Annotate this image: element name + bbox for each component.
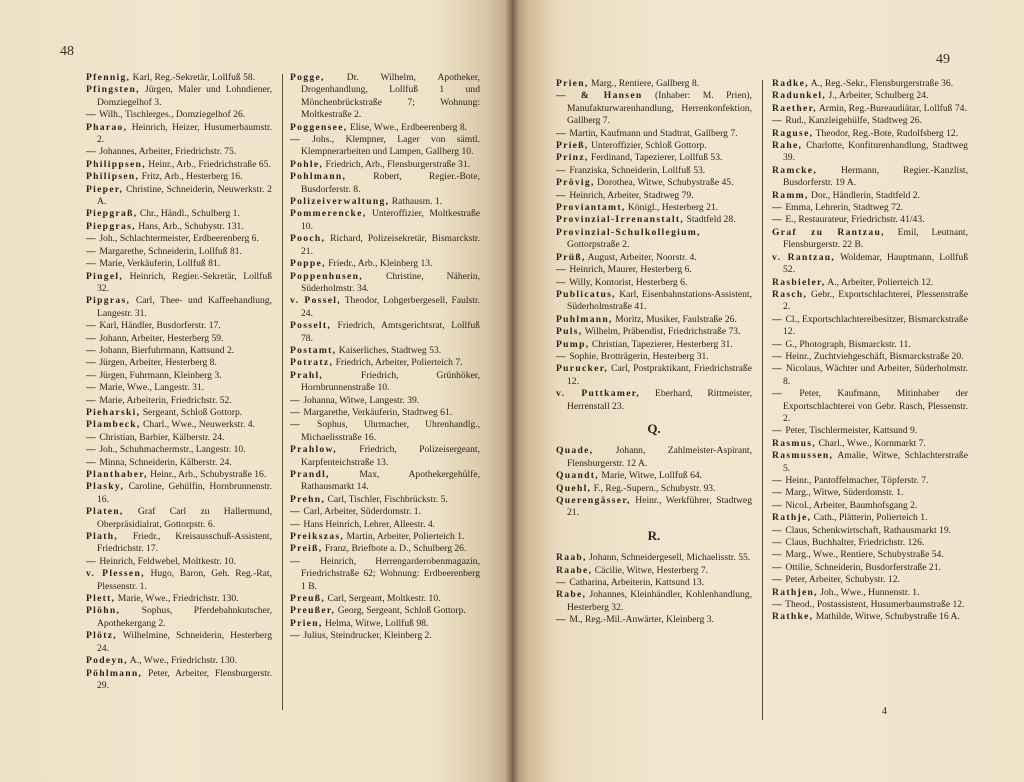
entry-details: Kaiserliches, Stadtweg 53.: [339, 345, 441, 356]
entry-details: Dorothea, Witwe, Schubystraße 45.: [597, 177, 733, 188]
entry-name: Pieper,: [86, 184, 123, 195]
directory-entry: Pingel, Heinrich, Regier.-Sekretär, Loll…: [86, 271, 272, 296]
entry-name: —: [772, 537, 783, 548]
directory-entry: — Joh., Schuhmachermstr., Langestr. 10.: [86, 444, 272, 456]
entry-name: Rasmussen,: [772, 450, 833, 461]
entry-details: Dr. Wilhelm, Apotheker, Drogenhandlung, …: [301, 72, 480, 120]
entry-details: Caroline, Gehülfin, Hornbrunnenstr. 16.: [97, 481, 272, 504]
entry-details: Marie, Verkäuferin, Lollfuß 81.: [99, 258, 220, 269]
directory-entry: — Cl., Exportschlachtereibesitzer, Bisma…: [772, 314, 968, 339]
entry-name: Rathje,: [772, 512, 811, 523]
entry-details: Wilhelmine, Schneiderin, Hesterberg 24.: [97, 630, 272, 653]
entry-name: —: [772, 314, 783, 325]
entry-name: Platen,: [86, 506, 124, 517]
entry-details: Fritz, Arb., Hesterberg 16.: [142, 171, 243, 182]
directory-entry: Prandl, Max, Apothekergehülfe, Rathausma…: [290, 469, 480, 494]
entry-details: Marie, Witwe, Lollfuß 64.: [601, 470, 702, 481]
entry-name: Plett,: [86, 593, 115, 604]
section-heading-q: Q.: [556, 423, 752, 435]
directory-entry: Provinzial-Schulkollegium, Gottorpstraße…: [556, 227, 752, 252]
entry-name: Pfennig,: [86, 72, 130, 83]
directory-entry: Quade, Johann, Zahlmeister-Aspirant, Fle…: [556, 445, 752, 470]
entry-details: Johannes, Kleinhändler, Kohlenhandlung, …: [567, 589, 752, 612]
directory-entry: Preußer, Georg, Sergeant, Schloß Gottorp…: [290, 605, 480, 617]
entry-details: Friedrich, Arbeiter, Polierteich 7.: [336, 357, 463, 368]
entry-name: Provinzial-Schulkollegium,: [556, 227, 701, 238]
directory-entry: Polizeiverwaltung, Rathausm. 1.: [290, 196, 480, 208]
entry-name: Querengässer,: [556, 495, 631, 506]
directory-entry: — Julius, Steindrucker, Kleinberg 2.: [290, 630, 480, 642]
entry-name: Prien,: [290, 618, 323, 629]
entry-details: Wilh., Tischlerges., Domziegelhof 26.: [99, 109, 245, 120]
directory-entry: Puls, Wilhelm, Präbendist, Friedrichstra…: [556, 326, 752, 338]
entry-details: Ottilie, Schneiderin, Busdorferstraße 21…: [785, 562, 941, 573]
entry-details: Heinrich, Feldwebel, Moltkestr. 10.: [99, 556, 236, 567]
entry-details: Johs., Klempner, Lager von sämtl. Klempn…: [301, 134, 480, 157]
directory-entry: Ramm, Dor., Händlerin, Stadtfeld 2.: [772, 190, 968, 202]
entry-name: —: [86, 146, 97, 157]
entry-name: Preußer,: [290, 605, 335, 616]
entry-name: Prahl,: [290, 370, 323, 381]
entry-name: Poggensee,: [290, 122, 348, 133]
entry-details: Johann, Schneidergesell, Michaelisstr. 5…: [589, 552, 750, 563]
directory-entry: — Jürgen, Fuhrmann, Kleinberg 3.: [86, 370, 272, 382]
directory-entry: — Peter, Tischlermeister, Kattsund 9.: [772, 425, 968, 437]
directory-entry: — Peter, Arbeiter, Schubystr. 12.: [772, 574, 968, 586]
directory-entry: — Marg., Witwe, Süderdomstr. 1.: [772, 487, 968, 499]
entry-name: Rasch,: [772, 289, 807, 300]
directory-entry: Pohlmann, Robert, Regier.-Bote, Busdorfe…: [290, 171, 480, 196]
entry-details: Heinrich, Herrengarderobenmagazin, Fried…: [301, 556, 480, 592]
entry-name: —: [772, 214, 783, 225]
entry-details: Catharina, Arbeiterin, Kattsund 13.: [569, 577, 704, 588]
entry-details: Dor., Händlerin, Stadtfeld 2.: [811, 190, 920, 201]
directory-entry: Pogge, Dr. Wilhelm, Apotheker, Drogenhan…: [290, 72, 480, 122]
entry-details: Theodor, Reg.-Bote, Rudolfsberg 12.: [816, 128, 959, 139]
entry-details: Theod., Postassistent, Husumerbaumstraße…: [785, 599, 964, 610]
entry-details: A., Arbeiter, Polierteich 12.: [827, 277, 933, 288]
entry-details: Ferdinand, Tapezierer, Lollfuß 53.: [591, 152, 722, 163]
directory-entry: Preuß, Carl, Sergeant, Moltkestr. 10.: [290, 593, 480, 605]
directory-entry: — Marie, Arbeiterin, Friedrichstr. 52.: [86, 395, 272, 407]
directory-entry: Rasmussen, Amalie, Witwe, Schlachterstra…: [772, 450, 968, 475]
directory-entry: Rasch, Gebr., Exportschlachterei, Plesse…: [772, 289, 968, 314]
entry-details: Julius, Steindrucker, Kleinberg 2.: [303, 630, 431, 641]
entry-name: v. Plessen,: [86, 568, 145, 579]
directory-entry: Prinz, Ferdinand, Tapezierer, Lollfuß 53…: [556, 152, 752, 164]
entry-name: Pieharski,: [86, 407, 140, 418]
entry-details: Friedrich, Arb., Flensburgerstraße 31.: [326, 159, 471, 170]
directory-entry: Raab, Johann, Schneidergesell, Michaelis…: [556, 552, 752, 564]
entry-name: —: [86, 357, 97, 368]
entry-name: Plötz,: [86, 630, 117, 641]
directory-entry: v. Rantzau, Woldemar, Hauptmann, Lollfuß…: [772, 252, 968, 277]
directory-entry: Pieper, Christine, Schneiderin, Neuwerks…: [86, 184, 272, 209]
directory-entry: Philippsen, Heinr., Arb., Friedrichstraß…: [86, 159, 272, 171]
directory-entry: — Johanna, Witwe, Langestr. 39.: [290, 395, 480, 407]
entry-name: —: [86, 109, 97, 120]
directory-entry: Piepgras, Hans, Arb., Schubystr. 131.: [86, 221, 272, 233]
directory-entry: Prien, Marg., Rentiere, Gallberg 8.: [556, 78, 752, 90]
directory-entry: — Theod., Postassistent, Husumerbaumstra…: [772, 599, 968, 611]
directory-entry: — Nicol., Arbeiter, Baumhofsgang 2.: [772, 500, 968, 512]
entry-details: Cäcilie, Witwe, Hesterberg 7.: [595, 565, 708, 576]
entry-name: Provinzial-Irrenanstalt,: [556, 214, 684, 225]
directory-entry: — Martin, Kaufmann und Stadtrat, Gallber…: [556, 128, 752, 140]
entry-details: Gebr., Exportschlachterei, Plessenstraße…: [783, 289, 968, 312]
entry-details: A., Wwe., Friedrichstr. 130.: [130, 655, 237, 666]
entry-name: Prüß,: [556, 252, 586, 263]
entry-name: Pump,: [556, 339, 589, 350]
entry-details: Willy, Kontorist, Hesterberg 6.: [569, 277, 687, 288]
entry-name: —: [86, 320, 97, 331]
directory-entry: — Karl, Händler, Busdorferstr. 17.: [86, 320, 272, 332]
entry-name: Poppe,: [290, 258, 326, 269]
entry-details: Helma, Witwe, Lollfuß 98.: [325, 618, 428, 629]
directory-entry: Prehn, Carl, Tischler, Fischbrückstr. 5.: [290, 494, 480, 506]
directory-entry: Preiß, Franz, Briefbote a. D., Schulberg…: [290, 543, 480, 555]
directory-entry: Plath, Friedr., Kreisausschuß-Assistent,…: [86, 531, 272, 556]
entry-name: Polizeiverwaltung,: [290, 196, 389, 207]
entry-name: Quade,: [556, 445, 593, 456]
entry-name: —: [556, 351, 567, 362]
directory-entry: Ramcke, Hermann, Regier.-Kanzlist, Busdo…: [772, 165, 968, 190]
entry-details: Johannes, Arbeiter, Friedrichstr. 75.: [99, 146, 236, 157]
entry-details: Christian, Barbier, Kälberstr. 24.: [99, 432, 224, 443]
entry-details: Franz, Briefbote a. D., Schulberg 26.: [325, 543, 467, 554]
directory-entry: — Rud., Kanzleigehülfe, Stadtweg 26.: [772, 115, 968, 127]
entry-details: Königl., Hesterberg 21.: [628, 202, 718, 213]
entry-name: —: [772, 425, 783, 436]
entry-name: Plasky,: [86, 481, 124, 492]
entry-name: Ramcke,: [772, 165, 817, 176]
directory-entry: Raabe, Cäcilie, Witwe, Hesterberg 7.: [556, 565, 752, 577]
directory-entry: — Heinr., Zuchtviehgeschäft, Bismarckstr…: [772, 351, 968, 363]
directory-entry: Rahe, Charlotte, Konfiturenhandlung, Sta…: [772, 140, 968, 165]
directory-entry: Planthaber, Heinr., Arb., Schubystraße 1…: [86, 469, 272, 481]
entry-details: Joh., Schlachtermeister, Erdbeerenberg 6…: [99, 233, 259, 244]
directory-entry: Piepgraß, Chr., Händl., Schulberg 1.: [86, 208, 272, 220]
entry-details: Heinrich, Maurer, Hesterberg 6.: [569, 264, 692, 275]
directory-entry: v. Possel, Theodor, Lohgerbergesell, Fau…: [290, 295, 480, 320]
entry-name: —: [556, 165, 567, 176]
directory-entry: — Wilh., Tischlerges., Domziegelhof 26.: [86, 109, 272, 121]
entry-name: —: [86, 556, 97, 567]
entry-name: Pfingsten,: [86, 84, 140, 95]
entry-name: —: [556, 190, 567, 201]
directory-entry: — Heinrich, Feldwebel, Moltkestr. 10.: [86, 556, 272, 568]
directory-entry: — Margarethe, Verkäuferin, Stadtweg 61.: [290, 407, 480, 419]
entry-details: Marie, Arbeiterin, Friedrichstr. 52.: [99, 395, 231, 406]
directory-entry: Pipgras, Carl, Thee- und Kaffeehandlung,…: [86, 295, 272, 320]
directory-entry: Plett, Marie, Wwe., Friedrichstr. 130.: [86, 593, 272, 605]
directory-entry: Prahl, Friedrich, Grünhöker, Hornbrunnen…: [290, 370, 480, 395]
entry-details: Sophus, Uhrmacher, Uhrenhandlg., Michael…: [301, 419, 480, 442]
directory-entry: — Heinrich, Herrengarderobenmagazin, Fri…: [290, 556, 480, 593]
entry-name: —: [290, 395, 301, 406]
entry-name: Prieß,: [556, 140, 589, 151]
entry-name: —: [772, 574, 783, 585]
directory-entry: — Jürgen, Arbeiter, Hesterberg 8.: [86, 357, 272, 369]
directory-entry: Rasmus, Charl., Wwe., Kornmarkt 7.: [772, 438, 968, 450]
entry-name: Plath,: [86, 531, 118, 542]
entry-details: Moritz, Musiker, Faulstraße 26.: [615, 314, 737, 325]
entry-details: Chr., Händl., Schulberg 1.: [140, 208, 240, 219]
entry-details: Franziska, Schneiderin, Lollfuß 53.: [569, 165, 705, 176]
entry-details: Martin, Kaufmann und Stadtrat, Gallberg …: [569, 128, 737, 139]
page-number-left: 48: [60, 44, 74, 60]
directory-entry: — Hans Heinrich, Lehrer, Alleestr. 4.: [290, 519, 480, 531]
directory-entry: — Joh., Schlachtermeister, Erdbeerenberg…: [86, 233, 272, 245]
entry-details: Gottorpstraße 2.: [567, 239, 629, 250]
column-divider: [282, 74, 283, 710]
directory-entry: — Marg., Wwe., Rentiere, Schubystraße 54…: [772, 549, 968, 561]
directory-entry: Raguse, Theodor, Reg.-Bote, Rudolfsberg …: [772, 128, 968, 140]
directory-entry: v. Puttkamer, Eberhard, Rittmeister, Her…: [556, 388, 752, 413]
entry-name: —: [86, 395, 97, 406]
entry-name: —: [772, 500, 783, 511]
entry-details: Peter, Arbeiter, Schubystr. 12.: [785, 574, 900, 585]
entry-details: Joh., Wwe., Hunnenstr. 1.: [820, 587, 919, 598]
entry-details: Rathausm. 1.: [392, 196, 442, 207]
entry-name: —: [772, 115, 783, 126]
directory-entry: — Johs., Klempner, Lager von sämtl. Klem…: [290, 134, 480, 159]
directory-entry: — Minna, Schneiderin, Kälberstr. 24.: [86, 457, 272, 469]
entry-name: Preikszas,: [290, 531, 344, 542]
entry-details: Charl., Wwe., Neuwerkstr. 4.: [143, 419, 255, 430]
directory-entry: — Willy, Kontorist, Hesterberg 6.: [556, 277, 752, 289]
entry-details: Sophie, Brotträgerin, Hesterberg 31.: [569, 351, 708, 362]
directory-entry: Rasbieler, A., Arbeiter, Polierteich 12.: [772, 277, 968, 289]
directory-entry: Rathjen, Joh., Wwe., Hunnenstr. 1.: [772, 587, 968, 599]
entry-name: Radke,: [772, 78, 809, 89]
entry-name: —: [772, 487, 783, 498]
entry-name: —: [556, 577, 567, 588]
entry-details: Friedrich, Grünhöker, Hornbrunnenstraße …: [301, 370, 480, 393]
entry-name: —: [290, 556, 301, 567]
entry-details: Martin, Arbeiter, Polierteich 1.: [347, 531, 465, 542]
entry-name: Podeyn,: [86, 655, 128, 666]
entry-name: —: [772, 351, 783, 362]
entry-details: Charl., Wwe., Kornmarkt 7.: [818, 438, 925, 449]
directory-entry: Prieß, Unteroffizier, Schloß Gottorp.: [556, 140, 752, 152]
directory-entry: Proviantamt, Königl., Hesterberg 21.: [556, 202, 752, 214]
entry-name: Puls,: [556, 326, 583, 337]
entry-details: Wilhelm, Präbendist, Friedrichstraße 73.: [585, 326, 741, 337]
directory-entry: — E., Restaurateur, Friedrichstr. 41/43.: [772, 214, 968, 226]
directory-entry: Philipsen, Fritz, Arb., Hesterberg 16.: [86, 171, 272, 183]
entry-details: Armin, Reg.-Bureaudiätar, Lollfuß 74.: [819, 103, 967, 114]
directory-entry: — G., Photograph, Bismarckstr. 11.: [772, 339, 968, 351]
directory-entry: Graf zu Rantzau, Emil, Leutnant, Flensbu…: [772, 227, 968, 252]
entry-details: Friedr., Arb., Kleinberg 13.: [328, 258, 432, 269]
entry-name: v. Rantzau,: [772, 252, 835, 263]
entry-details: Marg., Wwe., Rentiere, Schubystraße 54.: [785, 549, 943, 560]
directory-entry: Postamt, Kaiserliches, Stadtweg 53.: [290, 345, 480, 357]
entry-details: Claus, Schenkwirtschaft, Rathausmarkt 19…: [785, 525, 951, 536]
directory-entry: Rathje, Cath., Plätterin, Polierteich 1.: [772, 512, 968, 524]
directory-entry: Rathke, Mathilde, Witwe, Schubystraße 16…: [772, 611, 968, 623]
entry-name: —: [772, 475, 783, 486]
directory-entry: Poppe, Friedr., Arb., Kleinberg 13.: [290, 258, 480, 270]
entry-name: Pommerencke,: [290, 208, 366, 219]
directory-entry: Poppenhusen, Christine, Näherin, Süderho…: [290, 271, 480, 296]
directory-entry: — Sophie, Brotträgerin, Hesterberg 31.: [556, 351, 752, 363]
entry-name: Prien,: [556, 78, 589, 89]
entry-details: Elise, Wwe., Erdbeerenberg 8.: [350, 122, 467, 133]
entry-details: Joh., Schuhmachermstr., Langestr. 10.: [99, 444, 245, 455]
entry-details: Johann, Arbeiter, Hesterberg 59.: [99, 333, 223, 344]
entry-details: Emma, Lehrerin, Stadtweg 72.: [785, 202, 903, 213]
entry-details: Stadtfeld 28.: [687, 214, 736, 225]
entry-details: Charlotte, Konfiturenhandlung, Stadtweg …: [783, 140, 968, 163]
entry-name: Prandl,: [290, 469, 330, 480]
directory-entry: Pooch, Richard, Polizeisekretär, Bismarc…: [290, 233, 480, 258]
entry-name: —: [290, 407, 301, 418]
entry-name: Plöhn,: [86, 605, 120, 616]
entry-details: Graf Carl zu Hallermund, Oberpräsidialra…: [97, 506, 272, 529]
directory-entry: — Heinrich, Arbeiter, Stadtweg 79.: [556, 190, 752, 202]
entry-details: J., Arbeiter, Schulberg 24.: [829, 90, 929, 101]
entry-name: Pohle,: [290, 159, 323, 170]
entry-details: Sophus, Pferdebahnkutscher, Apothekergan…: [97, 605, 272, 628]
entry-name: Raether,: [772, 103, 817, 114]
directory-entry: Raether, Armin, Reg.-Bureaudiätar, Lollf…: [772, 103, 968, 115]
entry-name: Prehn,: [290, 494, 325, 505]
directory-entry: Quandt, Marie, Witwe, Lollfuß 64.: [556, 470, 752, 482]
entry-details: Sergeant, Schloß Gottorp.: [143, 407, 242, 418]
directory-entry: Pöhlmann, Peter, Arbeiter, Flensburgerst…: [86, 668, 272, 693]
entry-name: Purucker,: [556, 363, 608, 374]
entry-name: v. Puttkamer,: [556, 388, 640, 399]
entry-details: Minna, Schneiderin, Kälberstr. 24.: [99, 457, 231, 468]
directory-entry: Plötz, Wilhelmine, Schneiderin, Hesterbe…: [86, 630, 272, 655]
entry-name: Radunkel,: [772, 90, 826, 101]
entry-name: —: [86, 345, 97, 356]
entry-name: — & Hansen: [556, 90, 643, 101]
entry-name: —: [290, 506, 301, 517]
entry-name: —: [86, 333, 97, 344]
entry-name: Rasbieler,: [772, 277, 825, 288]
entry-name: Prövig,: [556, 177, 595, 188]
entry-details: Rud., Kanzleigehülfe, Stadtweg 26.: [785, 115, 922, 126]
directory-entry: Provinzial-Irrenanstalt, Stadtfeld 28.: [556, 214, 752, 226]
entry-name: —: [86, 432, 97, 443]
entry-details: Carl, Arbeiter, Süderdomstr. 1.: [303, 506, 421, 517]
directory-entry: — M., Reg.-Mil.-Anwärter, Kleinberg 3.: [556, 614, 752, 626]
entry-name: Pogge,: [290, 72, 325, 83]
entry-details: Hans Heinrich, Lehrer, Alleestr. 4.: [303, 519, 435, 530]
entry-name: —: [772, 562, 783, 573]
entry-name: Pingel,: [86, 271, 123, 282]
entry-details: Marie, Wwe., Langestr. 31.: [99, 382, 204, 393]
directory-entry: — Franziska, Schneiderin, Lollfuß 53.: [556, 165, 752, 177]
directory-entry: Prövig, Dorothea, Witwe, Schubystraße 45…: [556, 177, 752, 189]
directory-entry: Pharao, Heinrich, Heizer, Husumerbaumstr…: [86, 122, 272, 147]
directory-entry: Plambeck, Charl., Wwe., Neuwerkstr. 4.: [86, 419, 272, 431]
entry-details: Johann, Zahlmeister-Aspirant, Flensburge…: [567, 445, 752, 468]
entry-name: —: [772, 599, 783, 610]
directory-entry: — Heinrich, Maurer, Hesterberg 6.: [556, 264, 752, 276]
directory-entry: Platen, Graf Carl zu Hallermund, Oberprä…: [86, 506, 272, 531]
entry-details: Johann, Bierfuhrmann, Kattsund 2.: [99, 345, 234, 356]
entry-name: —: [290, 134, 301, 145]
directory-entry: Pohle, Friedrich, Arb., Flensburgerstraß…: [290, 159, 480, 171]
entry-name: —: [772, 339, 783, 350]
directory-entry: Poggensee, Elise, Wwe., Erdbeerenberg 8.: [290, 122, 480, 134]
directory-entry: Publicatus, Karl, Eisenbahnstations-Assi…: [556, 289, 752, 314]
entry-details: A., Reg.-Sekr., Flensburgerstraße 36.: [811, 78, 953, 89]
entry-details: Nicol., Arbeiter, Baumhofsgang 2.: [785, 500, 917, 511]
entry-details: Christine, Schneiderin, Neuwerkstr. 2 A.: [97, 184, 272, 207]
directory-entry: Pommerencke, Unteroffizier, Moltkestraße…: [290, 208, 480, 233]
directory-entry: Preikszas, Martin, Arbeiter, Polierteich…: [290, 531, 480, 543]
directory-entry: — Emma, Lehrerin, Stadtweg 72.: [772, 202, 968, 214]
entry-details: Heinrich, Arbeiter, Stadtweg 79.: [569, 190, 693, 201]
entry-name: —: [290, 419, 301, 430]
entry-name: —: [772, 525, 783, 536]
entry-name: Planthaber,: [86, 469, 148, 480]
entry-name: Quandt,: [556, 470, 599, 481]
entry-name: Postamt,: [290, 345, 336, 356]
entry-name: —: [772, 388, 783, 399]
directory-entry: Prien, Helma, Witwe, Lollfuß 98.: [290, 618, 480, 630]
entry-name: Raguse,: [772, 128, 813, 139]
entry-details: Richard, Polizeisekretär, Bismarckstr. 2…: [301, 233, 480, 256]
entry-name: Raabe,: [556, 565, 592, 576]
entry-name: Rahe,: [772, 140, 802, 151]
entry-name: Plambeck,: [86, 419, 141, 430]
entry-details: Karl, Reg.-Sekretär, Lollfuß 58.: [133, 72, 255, 83]
directory-entry: — Catharina, Arbeiterin, Kattsund 13.: [556, 577, 752, 589]
entry-name: Raab,: [556, 552, 587, 563]
directory-entry: Pieharski, Sergeant, Schloß Gottorp.: [86, 407, 272, 419]
directory-entry: — Claus, Schenkwirtschaft, Rathausmarkt …: [772, 525, 968, 537]
directory-entry: — Carl, Arbeiter, Süderdomstr. 1.: [290, 506, 480, 518]
entry-details: Hans, Arb., Schubystr. 131.: [138, 221, 244, 232]
entry-details: Heinrich, Regier.-Sekretär, Lollfuß 32.: [97, 271, 272, 294]
directory-entry: Potratz, Friedrich, Arbeiter, Polierteic…: [290, 357, 480, 369]
entry-details: Heinr., Zuchtviehgeschäft, Bismarckstraß…: [785, 351, 963, 362]
entry-name: Preuß,: [290, 593, 325, 604]
entry-details: Karl, Händler, Busdorferstr. 17.: [99, 320, 220, 331]
page-number-right: 49: [936, 52, 950, 68]
entry-details: Peter, Tischlermeister, Kattsund 9.: [785, 425, 917, 436]
entry-name: —: [556, 264, 567, 275]
entry-name: Pohlmann,: [290, 171, 346, 182]
entry-details: E., Restaurateur, Friedrichstr. 41/43.: [785, 214, 924, 225]
directory-entry: — Ottilie, Schneiderin, Busdorferstraße …: [772, 562, 968, 574]
directory-entry: Plasky, Caroline, Gehülfin, Hornbrunnens…: [86, 481, 272, 506]
directory-entry: Radke, A., Reg.-Sekr., Flensburgerstraße…: [772, 78, 968, 90]
entry-name: Pooch,: [290, 233, 325, 244]
entries-p: Prien, Marg., Rentiere, Gallberg 8.— & H…: [556, 78, 752, 413]
entry-details: Friedr., Kreisausschuß-Assistent, Friedr…: [97, 531, 272, 554]
entry-name: —: [86, 233, 97, 244]
entry-details: August, Arbeiter, Noorstr. 4.: [588, 252, 697, 263]
entry-name: —: [290, 519, 301, 530]
entry-details: Unteroffizier, Schloß Gottorp.: [591, 140, 707, 151]
directory-entry: Querengässer, Heinr., Werkführer, Stadtw…: [556, 495, 752, 520]
entry-name: Rasmus,: [772, 438, 816, 449]
directory-entry: — Marie, Wwe., Langestr. 31.: [86, 382, 272, 394]
column-1: Pfennig, Karl, Reg.-Sekretär, Lollfuß 58…: [86, 72, 272, 692]
entry-name: Pharao,: [86, 122, 127, 133]
entry-name: Ramm,: [772, 190, 809, 201]
directory-entry: — Johann, Arbeiter, Hesterberg 59.: [86, 333, 272, 345]
entry-name: Philipsen,: [86, 171, 139, 182]
column-2: Pogge, Dr. Wilhelm, Apotheker, Drogenhan…: [290, 72, 480, 643]
